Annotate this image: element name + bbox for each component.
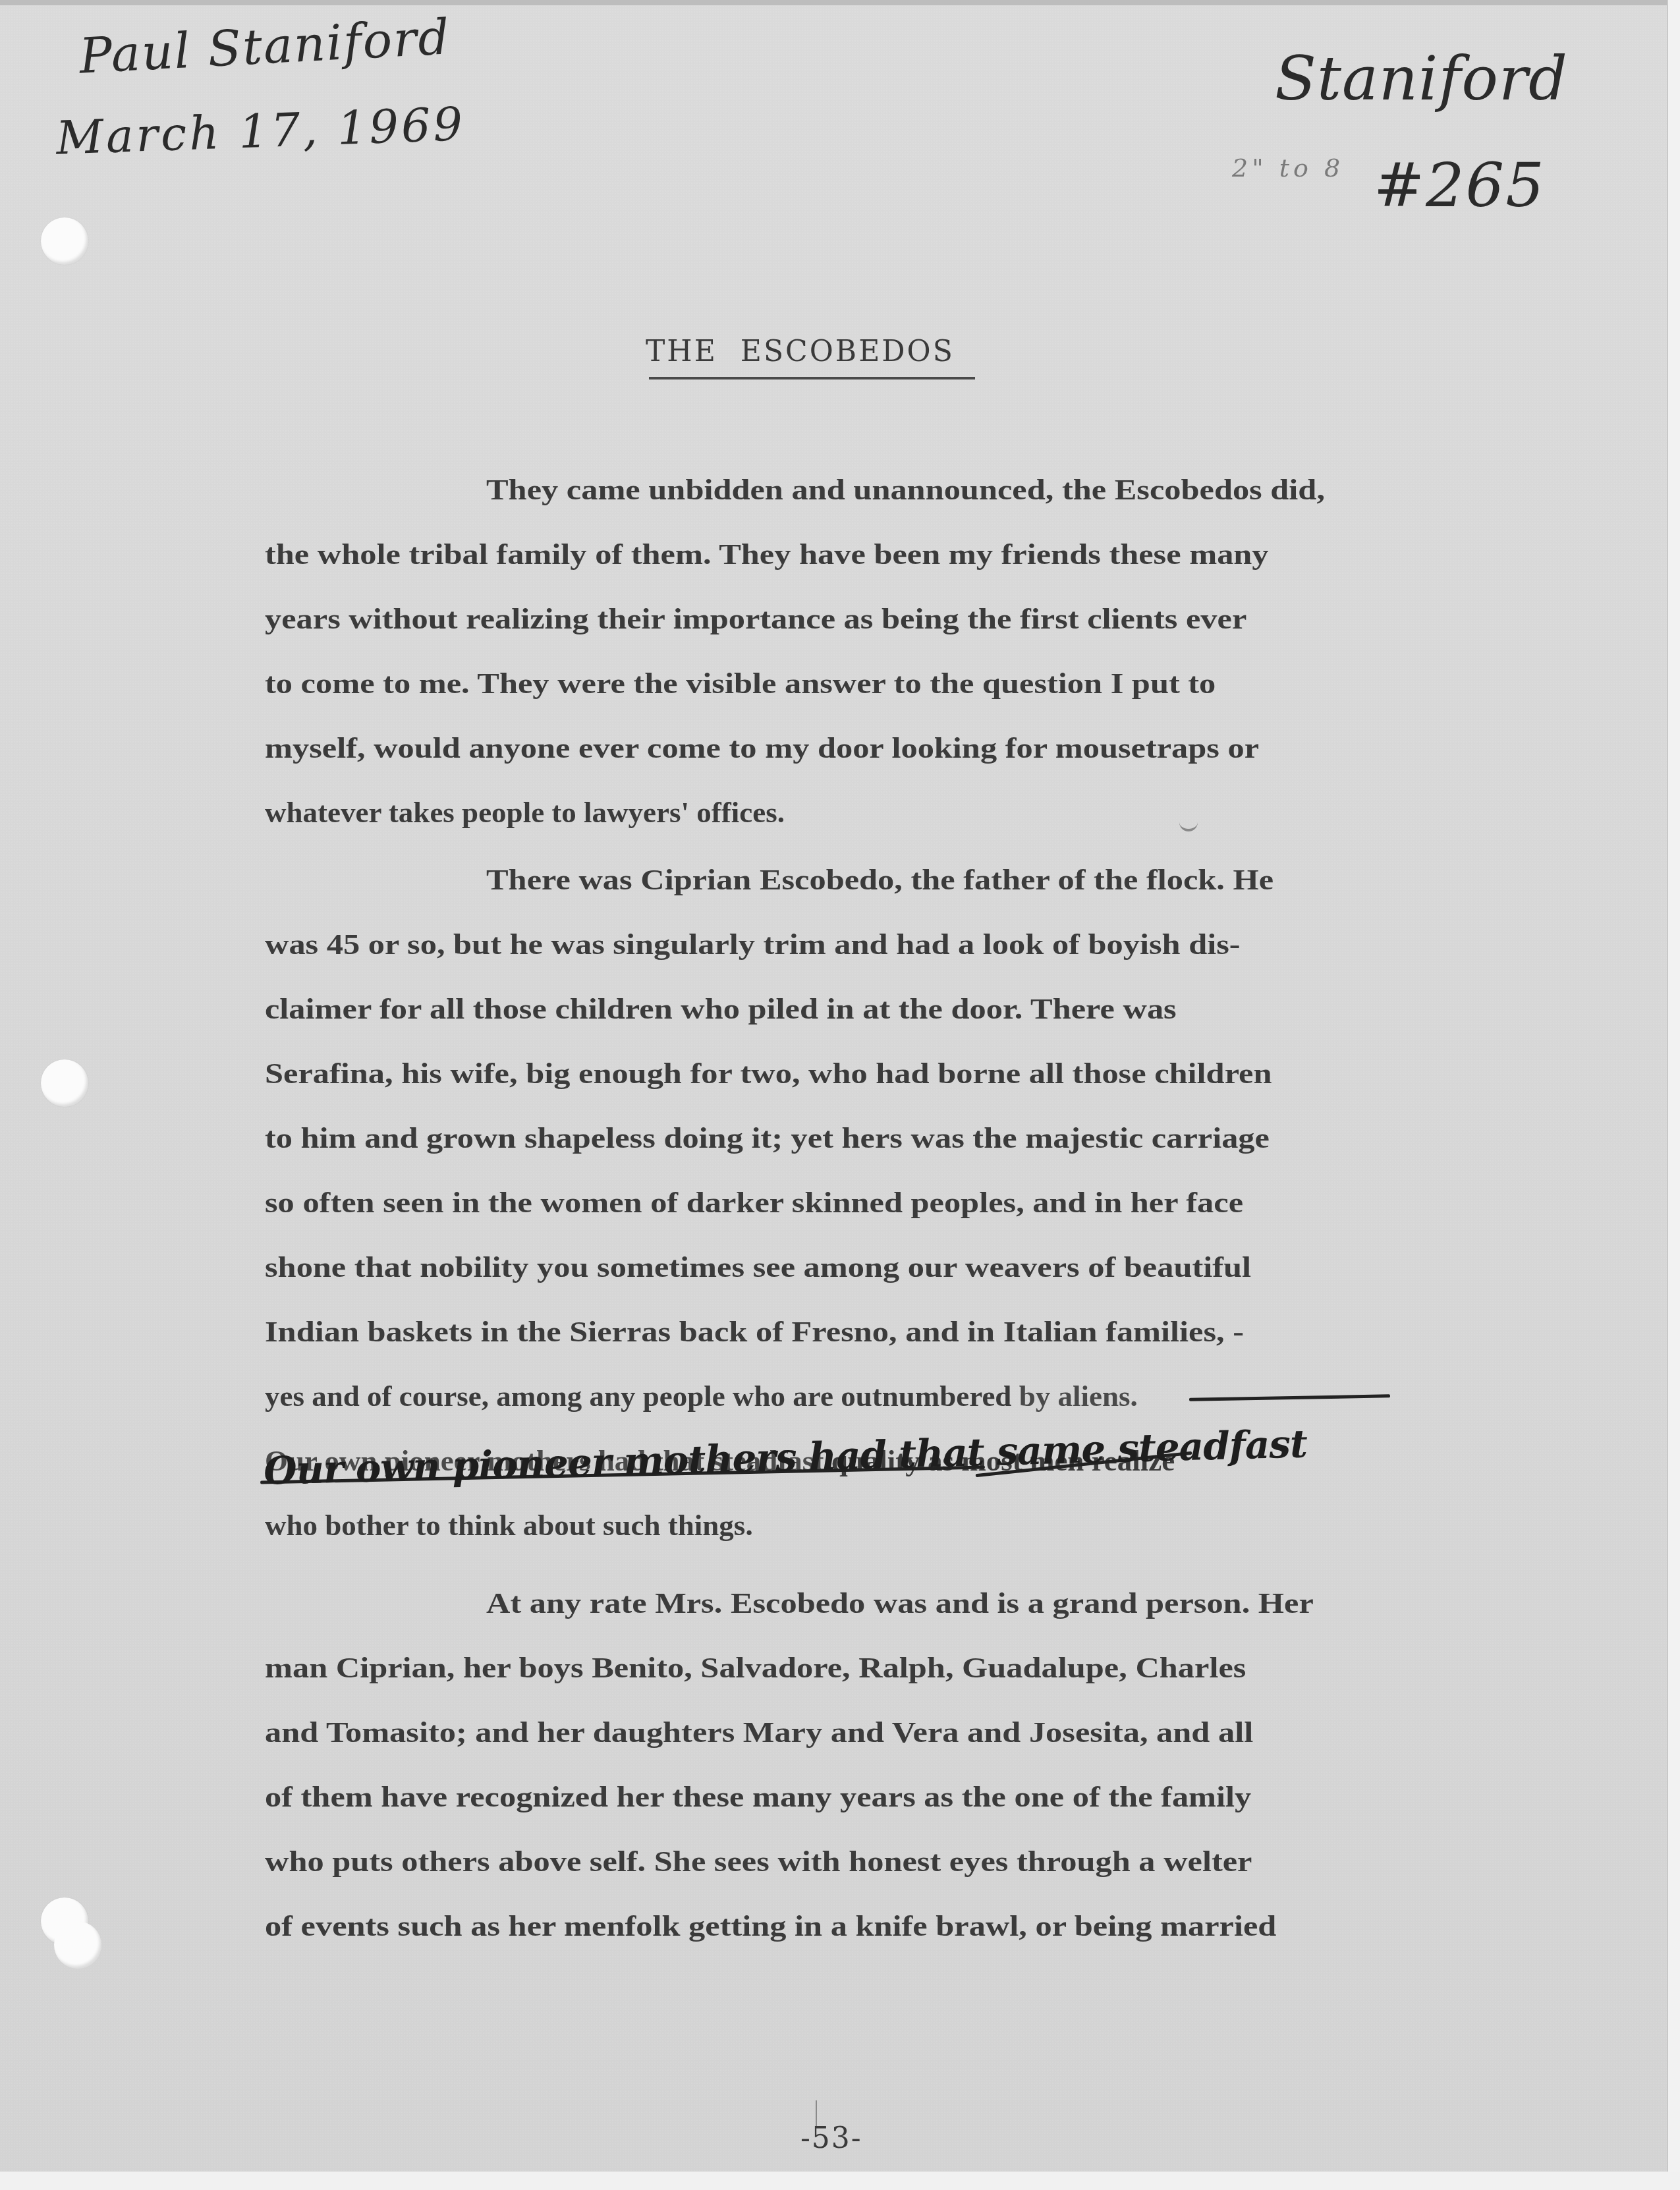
handwritten-item-number: #265 xyxy=(1374,150,1546,221)
text-line: to come to me. They were the visible ans… xyxy=(265,651,1608,716)
title-underline xyxy=(649,377,975,379)
text-line: was 45 or so, but he was singularly trim… xyxy=(265,912,1608,976)
text-line: whatever takes people to lawyers' office… xyxy=(265,780,1464,845)
text-line: claimer for all those children who piled… xyxy=(265,976,1608,1041)
text-line: Indian baskets in the Sierras back of Fr… xyxy=(265,1299,1608,1364)
binder-hole-top xyxy=(41,217,88,265)
struck-text: by aliens. xyxy=(1019,1380,1138,1413)
text-line: who puts others above self. She sees wit… xyxy=(265,1829,1608,1894)
handwritten-date: March 17, 1969 xyxy=(55,97,466,165)
text-line: and Tomasito; and her daughters Mary and… xyxy=(265,1700,1608,1764)
page-number: -53- xyxy=(800,2121,862,2155)
text-line: myself, would anyone ever come to my doo… xyxy=(265,716,1608,780)
document-title: THE ESCOBEDOS xyxy=(646,335,955,368)
text-segment: yes and of course, among any people who … xyxy=(265,1380,1011,1413)
text-line: of events such as her menfolk getting in… xyxy=(265,1894,1608,1958)
text-line: man Ciprian, her boys Benito, Salvadore,… xyxy=(265,1635,1608,1700)
text-line-edited: yes and of course, among any people who … xyxy=(265,1364,1138,1428)
text-line: to him and grown shapeless doing it; yet… xyxy=(265,1106,1608,1170)
document-page: Paul Staniford March 17, 1969 Staniford … xyxy=(0,5,1668,2174)
text-line: At any rate Mrs. Escobedo was and is a g… xyxy=(265,1571,1608,1635)
binder-hole-bottom-torn xyxy=(41,1897,88,1945)
scan-bottom-margin xyxy=(0,2172,1680,2190)
text-line: so often seen in the women of darker ski… xyxy=(265,1170,1608,1235)
text-line: shone that nobility you sometimes see am… xyxy=(265,1235,1608,1299)
pencil-margin-note: 2" to 8 xyxy=(1232,154,1344,182)
text-line: years without realizing their importance… xyxy=(265,586,1608,651)
text-line: They came unbidden and unannounced, the … xyxy=(265,457,1608,522)
strikethrough-by-aliens xyxy=(1189,1394,1390,1401)
handwritten-author-name: Paul Staniford xyxy=(78,9,452,84)
text-line: who bother to think about such things. xyxy=(265,1493,1464,1558)
text-line: of them have recognized her these many y… xyxy=(265,1764,1608,1829)
text-line: Serafina, his wife, big enough for two, … xyxy=(265,1041,1608,1106)
scan-top-edge xyxy=(0,0,1680,5)
text-line: There was Ciprian Escobedo, the father o… xyxy=(265,847,1608,912)
handwritten-surname: Staniford xyxy=(1275,43,1568,114)
scan-right-margin xyxy=(1667,0,1680,2190)
text-line: the whole tribal family of them. They ha… xyxy=(265,522,1608,586)
binder-hole-middle xyxy=(41,1059,88,1107)
